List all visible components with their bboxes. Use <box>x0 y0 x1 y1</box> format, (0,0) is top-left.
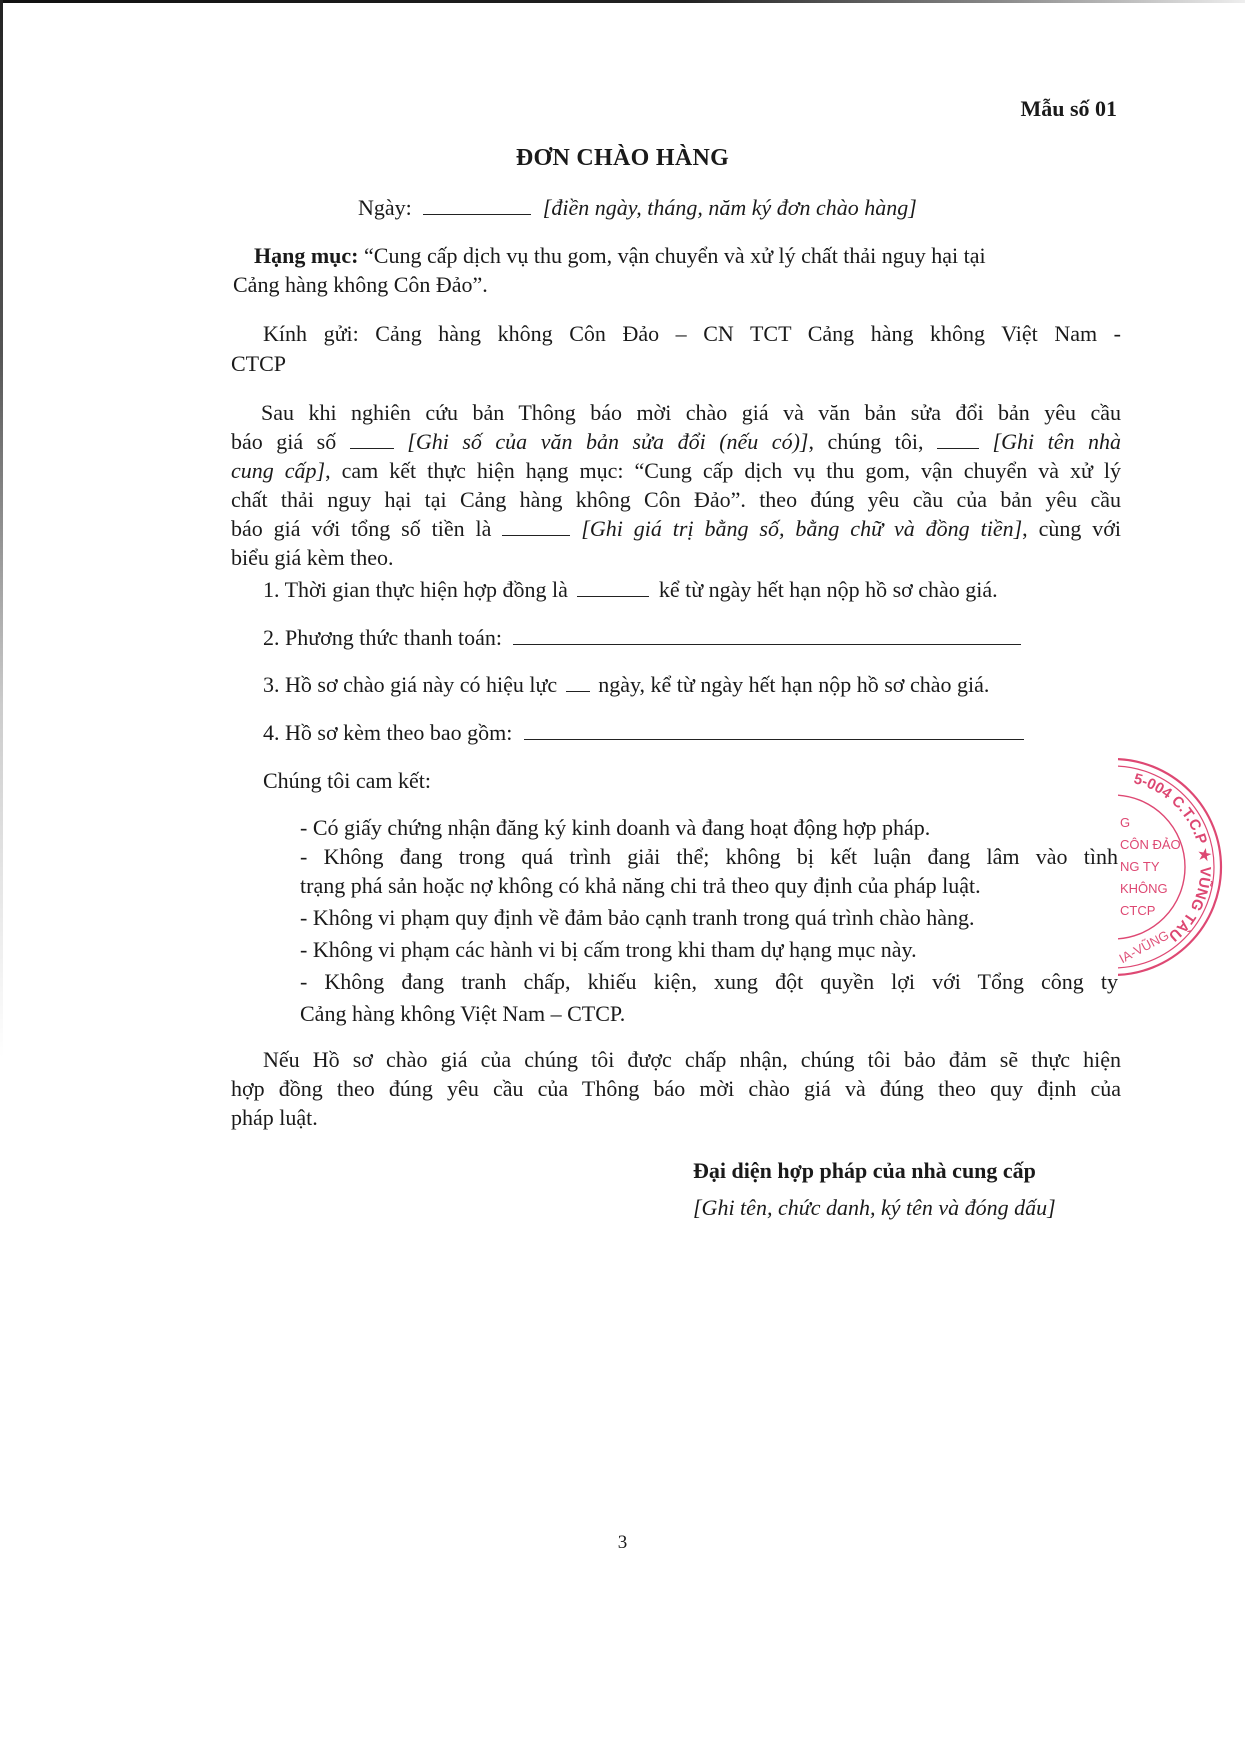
company-seal-stamp: 5-004 C.T.C.P ★ VŨNG TÀUGCÔN ĐẢONG TYKHÔ… <box>1118 755 1245 980</box>
supplier-placeholder-end: cung cấp] <box>231 458 325 483</box>
recipient: Kính gửi: Cảng hàng không Côn Đảo – CN T… <box>263 319 1121 348</box>
intro-paragraph: Sau khi nghiên cứu bản Thông báo mời chà… <box>231 398 1121 572</box>
svg-text:5-004 C.T.C.P ★ VŨNG TÀU: 5-004 C.T.C.P ★ VŨNG TÀU <box>1132 770 1214 944</box>
commitment-5-line-1: - Không đang tranh chấp, khiếu kiện, xun… <box>300 967 1118 996</box>
intro-line-6: biểu giá kèm theo. <box>231 543 1121 572</box>
commitment-2-line-2: trạng phá sản hoặc nợ không có khả năng … <box>300 871 981 900</box>
closing-line-3: pháp luật. <box>231 1103 1121 1132</box>
commitments-heading: Chúng tôi cam kết: <box>263 766 431 795</box>
form-number: Mẫu số 01 <box>1020 96 1117 122</box>
numbered-item-4: 4. Hồ sơ kèm theo bao gồm: <box>263 718 1024 747</box>
closing-line-1: Nếu Hồ sơ chào giá của chúng tôi được ch… <box>231 1045 1121 1074</box>
intro-line-3: cung cấp], cam kết thực hiện hạng mục: “… <box>231 456 1121 485</box>
amount-placeholder: [Ghi giá trị bằng số, bằng chữ và đồng t… <box>581 516 1022 541</box>
intro-line-2: báo giá số [Ghi số của văn bản sửa đổi (… <box>231 427 1121 456</box>
item-2-label: 2. Phương thức thanh toán: <box>263 625 502 650</box>
item-3-suffix: ngày, kể từ ngày hết hạn nộp hồ sơ chào … <box>598 672 989 697</box>
item-line-1: Hạng mục: “Cung cấp dịch vụ thu gom, vận… <box>254 241 986 270</box>
intro-text: , chúng tôi, <box>808 429 923 454</box>
svg-text:KHÔNG: KHÔNG <box>1120 881 1168 896</box>
closing-line-2: hợp đồng theo đúng yêu cầu của Thông báo… <box>231 1074 1121 1103</box>
document-title: ĐƠN CHÀO HÀNG <box>0 145 1245 172</box>
item-label: Hạng mục: <box>254 243 359 268</box>
numbered-item-1: 1. Thời gian thực hiện hợp đồng là kể từ… <box>263 575 998 604</box>
svg-text:CTCP: CTCP <box>1120 903 1155 918</box>
commitment-3: - Không vi phạm quy định về đảm bảo cạnh… <box>300 903 975 932</box>
signature-title: Đại diện hợp pháp của nhà cung cấp <box>693 1156 1036 1185</box>
amendment-placeholder: [Ghi số của văn bản sửa đổi (nếu có)] <box>407 429 808 454</box>
svg-text:CÔN ĐẢO: CÔN ĐẢO <box>1120 837 1181 852</box>
intro-text: báo giá với tổng số tiền là <box>231 516 491 541</box>
item-text-1: “Cung cấp dịch vụ thu gom, vận chuyển và… <box>364 243 986 268</box>
svg-text:G: G <box>1120 815 1130 830</box>
numbered-item-3: 3. Hồ sơ chào giá này có hiệu lực ngày, … <box>263 670 989 699</box>
commitment-2-line-1: - Không đang trong quá trình giải thể; k… <box>300 842 1118 871</box>
commitment-5: - Không đang tranh chấp, khiếu kiện, xun… <box>300 967 1118 996</box>
intro-line-5: báo giá với tổng số tiền là [Ghi giá trị… <box>231 514 1121 543</box>
intro-text: , cùng với <box>1022 516 1121 541</box>
date-label: Ngày: <box>358 195 412 220</box>
intro-text: , cam kết thực hiện hạng mục: “Cung cấp … <box>325 458 1121 483</box>
contract-duration-blank <box>577 578 649 597</box>
intro-line-1: Sau khi nghiên cứu bản Thông báo mời chà… <box>231 398 1121 427</box>
item-1-label: 1. Thời gian thực hiện hợp đồng là <box>263 577 568 602</box>
numbered-item-2: 2. Phương thức thanh toán: <box>263 623 1021 652</box>
date-placeholder: [điền ngày, tháng, năm ký đơn chào hàng] <box>543 195 917 220</box>
seal-icon: 5-004 C.T.C.P ★ VŨNG TÀUGCÔN ĐẢONG TYKHÔ… <box>1118 755 1245 980</box>
document-page: Mẫu số 01 ĐƠN CHÀO HÀNG Ngày: [điền ngày… <box>0 0 1245 1764</box>
supplier-name-blank <box>937 430 979 449</box>
signature-instruction: [Ghi tên, chức danh, ký tên và đóng dấu] <box>693 1193 1056 1222</box>
amendment-number-blank <box>350 430 394 449</box>
item-3-label: 3. Hồ sơ chào giá này có hiệu lực <box>263 672 557 697</box>
item-4-label: 4. Hồ sơ kèm theo bao gồm: <box>263 720 512 745</box>
recipient-line-1: Kính gửi: Cảng hàng không Côn Đảo – CN T… <box>263 319 1121 348</box>
supplier-placeholder: [Ghi tên nhà <box>993 429 1121 454</box>
commitment-4: - Không vi phạm các hành vi bị cấm trong… <box>300 935 917 964</box>
intro-text: báo giá số <box>231 429 336 454</box>
intro-line-4: chất thải nguy hại tại Cảng hàng không C… <box>231 485 1121 514</box>
svg-text:IA-VŨNG: IA-VŨNG <box>1118 927 1171 966</box>
date-blank <box>423 196 531 215</box>
commitment-5-line-2: Cảng hàng không Việt Nam – CTCP. <box>300 999 625 1028</box>
page-number: 3 <box>0 1532 1245 1554</box>
closing-paragraph: Nếu Hồ sơ chào giá của chúng tôi được ch… <box>231 1045 1121 1132</box>
validity-days-blank <box>566 673 590 692</box>
commitment-1: - Có giấy chứng nhận đăng ký kinh doanh … <box>300 813 930 842</box>
total-amount-blank <box>502 517 570 536</box>
recipient-line-2: CTCP <box>231 349 286 378</box>
svg-text:NG TY: NG TY <box>1120 859 1160 874</box>
item-1-suffix: kể từ ngày hết hạn nộp hồ sơ chào giá. <box>659 577 998 602</box>
payment-method-blank <box>513 626 1021 645</box>
commitment-2: - Không đang trong quá trình giải thể; k… <box>300 842 1118 871</box>
attachments-blank <box>524 721 1024 740</box>
item-text-2: Cảng hàng không Côn Đảo”. <box>233 270 488 299</box>
date-line: Ngày: [điền ngày, tháng, năm ký đơn chào… <box>358 193 917 222</box>
